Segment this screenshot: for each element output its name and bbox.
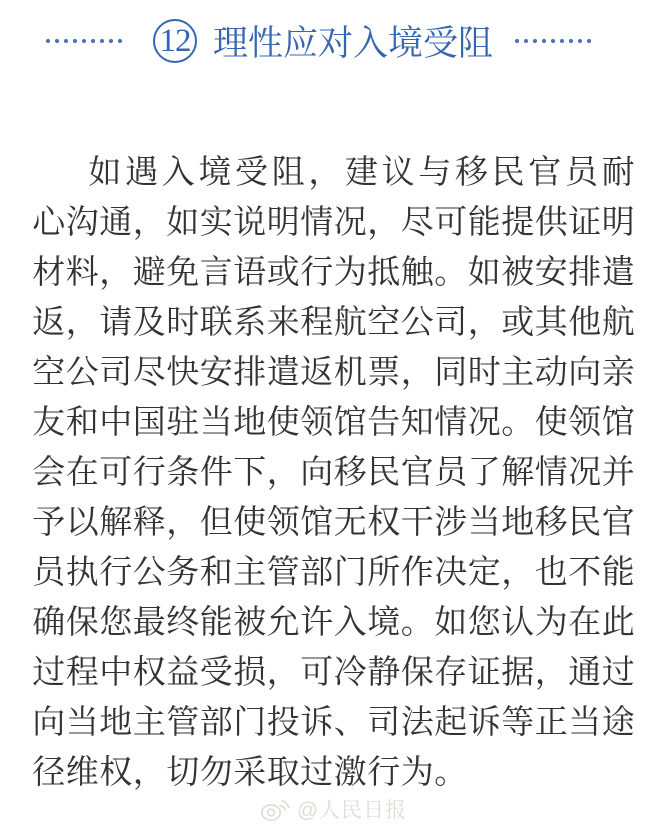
dotted-line-right [515, 39, 591, 43]
text-line: 确保您最终能被允许入境。如您认为在此 [32, 594, 635, 644]
text-line: 友和中国驻当地使领馆告知情况。使领馆 [32, 394, 635, 444]
text-line: 如遇入境受阻，建议与移民官员耐 [32, 144, 635, 194]
text-line: 心沟通，如实说明情况，尽可能提供证明 [32, 194, 635, 244]
section-header: 12 理性应对入境受阻 [0, 14, 667, 68]
text-line: 会在可行条件下，向移民官员了解情况并 [32, 444, 635, 494]
weibo-icon [260, 797, 290, 822]
text-line: 返，请及时联系来程航空公司，或其他航 [32, 294, 635, 344]
watermark: @人民日报 [0, 795, 667, 823]
text-line: 材料，避免言语或行为抵触。如被安排遣 [32, 244, 635, 294]
text-line: 空公司尽快安排遣返机票，同时主动向亲 [32, 344, 635, 394]
section-title: 理性应对入境受阻 [213, 16, 493, 66]
text-line: 员执行公务和主管部门所作决定，也不能 [32, 544, 635, 594]
text-line: 予以解释，但使领馆无权干涉当地移民官 [32, 494, 635, 544]
dotted-line-left [46, 39, 122, 43]
watermark-text: @人民日报 [297, 794, 407, 824]
section-number: 12 [159, 25, 190, 58]
text-line: 径维权，切勿采取过激行为。 [32, 744, 635, 794]
paragraph: 如遇入境受阻，建议与移民官员耐 心沟通，如实说明情况，尽可能提供证明 材料，避免… [32, 144, 635, 794]
section-number-badge: 12 [153, 19, 197, 63]
infographic-card: { "page": { "background": "#ffffff" }, "… [0, 0, 667, 825]
text-line: 向当地主管部门投诉、司法起诉等正当途 [32, 694, 635, 744]
text-line: 过程中权益受损，可冷静保存证据，通过 [32, 644, 635, 694]
